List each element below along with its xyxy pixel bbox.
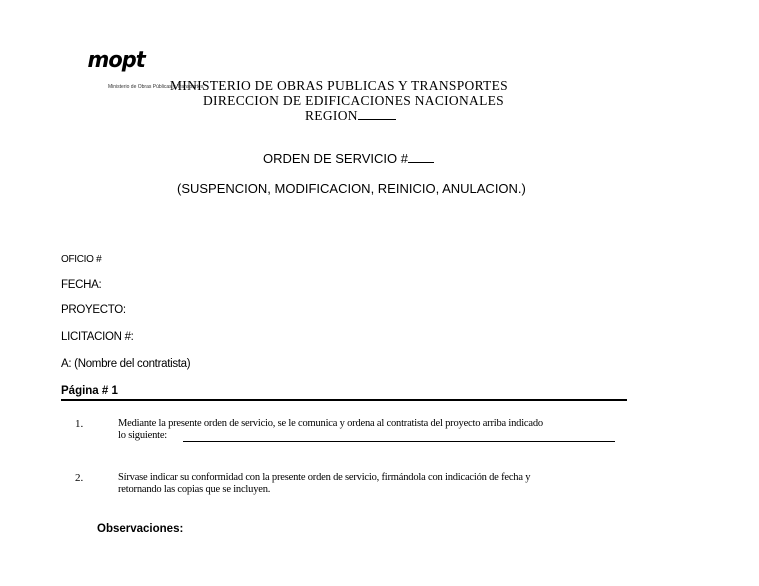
field-licitacion: LICITACION #: — [61, 331, 134, 343]
field-destinatario: A: (Nombre del contratista) — [61, 358, 190, 370]
ministry-heading: MINISTERIO DE OBRAS PUBLICAS Y TRANSPORT… — [170, 78, 508, 94]
observaciones-label: Observaciones: — [97, 523, 183, 535]
item-2-text: Sírvase indicar su conformidad con la pr… — [118, 472, 530, 496]
document-title: ORDEN DE SERVICIO # — [263, 151, 434, 166]
item-1-text: Mediante la presente orden de servicio, … — [118, 418, 543, 442]
mopt-logo: mopt — [88, 48, 145, 73]
page-number-label: Página # 1 — [61, 385, 118, 397]
item-1-line1: Mediante la presente orden de servicio, … — [118, 418, 543, 430]
region-label: REGION — [305, 108, 358, 123]
region-blank — [358, 109, 396, 120]
order-title-label: ORDEN DE SERVICIO # — [263, 151, 408, 166]
page-number-divider — [61, 399, 627, 401]
item-1-blank-line — [183, 441, 615, 442]
directorate-heading: DIRECCION DE EDIFICACIONES NACIONALES — [203, 93, 504, 109]
field-oficio: OFICIO # — [61, 254, 101, 265]
field-fecha: FECHA: — [61, 279, 101, 291]
item-1-number: 1. — [75, 418, 83, 430]
document-subtitle: (SUSPENCION, MODIFICACION, REINICIO, ANU… — [177, 181, 526, 196]
item-2-line1: Sírvase indicar su conformidad con la pr… — [118, 472, 530, 484]
item-2-line2: retornando las copias que se incluyen. — [118, 484, 530, 496]
order-number-blank — [408, 151, 434, 163]
item-2-number: 2. — [75, 472, 83, 484]
field-proyecto: PROYECTO: — [61, 304, 126, 316]
region-heading: REGION — [305, 108, 396, 124]
